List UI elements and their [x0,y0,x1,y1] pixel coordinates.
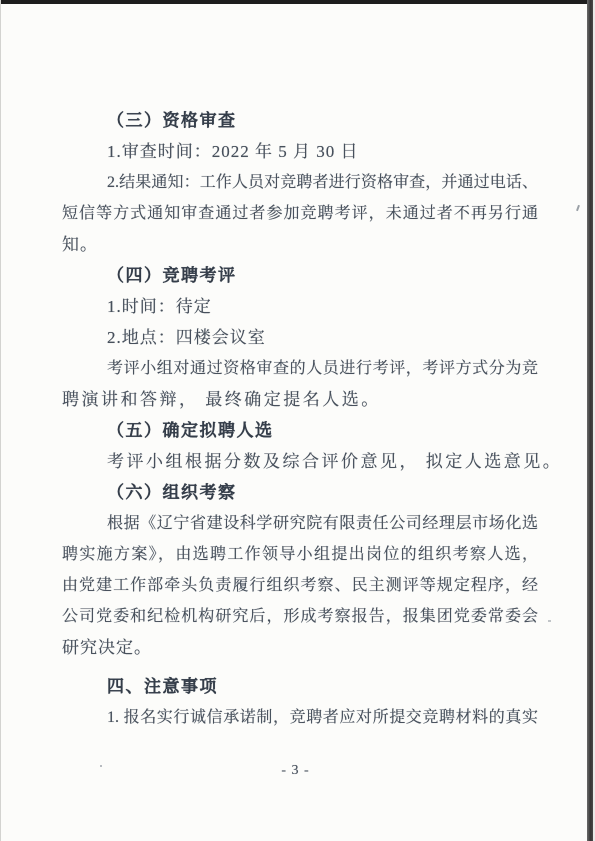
scan-speck [100,765,102,767]
body-line: 1.审查时间：2022 年 5 月 30 日 [62,136,538,167]
body-line: 研究决定。 [62,632,538,663]
scan-speck [548,620,551,622]
body-line: 1.时间：待定 [62,291,538,322]
scan-edge-top-artifact [0,0,595,4]
body-line: 聘实施方案》，由选聘工作领导小组提出岗位的组织考察人选， [62,539,538,570]
body-line: 考评小组对通过资格审查的人员进行考评，考评方式分为竞 [62,353,538,384]
heading-chapter-4: 四、注意事项 [62,671,538,702]
scan-speck [183,124,187,126]
body-line: 聘演讲和答辩， 最终确定提名人选。 [62,384,538,415]
heading-section-5: （五）确定拟聘人选 [62,415,538,446]
body-line: 根据《辽宁省建设科学研究院有限责任公司经理层市场化选 [62,508,538,539]
scan-speck [576,205,580,211]
scanned-document-page: （三）资格审查 1.审查时间：2022 年 5 月 30 日 2.结果通知：工作… [0,0,595,841]
body-line: 2.地点：四楼会议室 [62,322,538,353]
body-line: 短信等方式通知审查通过者参加竞聘考评，未通过者不再另行通 [62,198,538,229]
page-number: - 3 - [0,763,591,779]
heading-section-6: （六）组织考察 [62,477,538,508]
body-line: 知。 [62,229,538,260]
body-line: 1. 报名实行诚信承诺制，竞聘者应对所提交竞聘材料的真实 [62,702,538,733]
body-line: 由党建工作部牵头负责履行组织考察、民主测评等规定程序，经 [62,570,538,601]
heading-section-4: （四）竞聘考评 [62,260,538,291]
heading-section-3: （三）资格审查 [62,105,538,136]
scan-edge-left-artifact [0,0,1,841]
body-line: 2.结果通知：工作人员对竞聘者进行资格审查，并通过电话、 [62,167,538,198]
body-line: 考评小组根据分数及综合评价意见， 拟定人选意见。 [62,446,538,477]
document-body: （三）资格审查 1.审查时间：2022 年 5 月 30 日 2.结果通知：工作… [62,105,538,733]
body-line: 公司党委和纪检机构研究后，形成考察报告，报集团党委常委会 [62,601,538,632]
